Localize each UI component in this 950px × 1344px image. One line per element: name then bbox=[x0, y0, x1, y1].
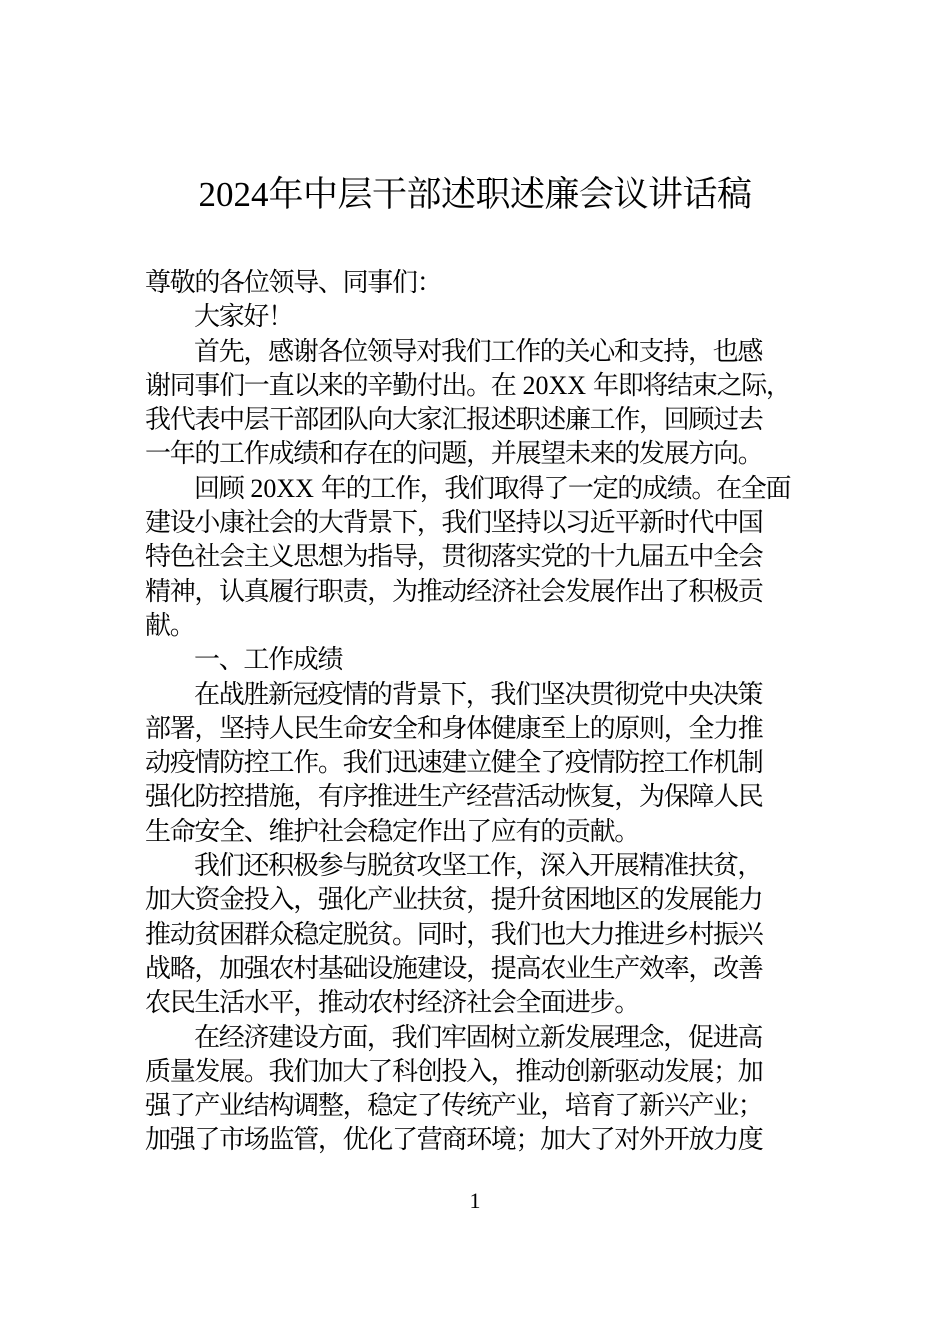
text-line: 精神，认真履行职责，为推动经济社会发展作出了积极贡 bbox=[145, 575, 807, 609]
document-body: 尊敬的各位领导、同事们：大家好！首先，感谢各位领导对我们工作的关心和支持，也感谢… bbox=[145, 266, 807, 1158]
text-line: 生命安全、维护社会稳定作出了应有的贡献。 bbox=[145, 815, 807, 849]
text-line: 回顾 20XX 年的工作，我们取得了一定的成绩。在全面 bbox=[145, 472, 807, 506]
text-line: 部署，坚持人民生命安全和身体健康至上的原则，全力推 bbox=[145, 712, 807, 746]
text-line: 动疫情防控工作。我们迅速建立健全了疫情防控工作机制 bbox=[145, 746, 807, 780]
text-line: 推动贫困群众稳定脱贫。同时，我们也大力推进乡村振兴 bbox=[145, 918, 807, 952]
text-line: 特色社会主义思想为指导，贯彻落实党的十九届五中全会 bbox=[145, 540, 807, 574]
text-line: 一、工作成绩 bbox=[145, 643, 807, 677]
text-line: 大家好！ bbox=[145, 300, 807, 334]
page-number: 1 bbox=[0, 1188, 950, 1214]
text-line: 谢同事们一直以来的辛勤付出。在 20XX 年即将结束之际， bbox=[145, 369, 807, 403]
text-line: 献。 bbox=[145, 609, 807, 643]
text-line: 首先，感谢各位领导对我们工作的关心和支持，也感 bbox=[145, 335, 807, 369]
text-line: 强了产业结构调整，稳定了传统产业，培育了新兴产业； bbox=[145, 1089, 807, 1123]
text-line: 在经济建设方面，我们牢固树立新发展理念，促进高 bbox=[145, 1021, 807, 1055]
document-title: 2024年中层干部述职述廉会议讲话稿 bbox=[0, 170, 950, 220]
text-line: 建设小康社会的大背景下，我们坚持以习近平新时代中国 bbox=[145, 506, 807, 540]
text-line: 强化防控措施，有序推进生产经营活动恢复，为保障人民 bbox=[145, 780, 807, 814]
text-line: 我代表中层干部团队向大家汇报述职述廉工作，回顾过去 bbox=[145, 403, 807, 437]
text-line: 我们还积极参与脱贫攻坚工作，深入开展精准扶贫， bbox=[145, 849, 807, 883]
text-line: 尊敬的各位领导、同事们： bbox=[145, 266, 807, 300]
text-line: 一年的工作成绩和存在的问题，并展望未来的发展方向。 bbox=[145, 437, 807, 471]
text-line: 战略，加强农村基础设施建设，提高农业生产效率，改善 bbox=[145, 952, 807, 986]
text-line: 加强了市场监管，优化了营商环境；加大了对外开放力度 bbox=[145, 1123, 807, 1157]
text-line: 农民生活水平，推动农村经济社会全面进步。 bbox=[145, 986, 807, 1020]
text-line: 在战胜新冠疫情的背景下，我们坚决贯彻党中央决策 bbox=[145, 678, 807, 712]
text-line: 质量发展。我们加大了科创投入，推动创新驱动发展；加 bbox=[145, 1055, 807, 1089]
text-line: 加大资金投入，强化产业扶贫，提升贫困地区的发展能力 bbox=[145, 883, 807, 917]
